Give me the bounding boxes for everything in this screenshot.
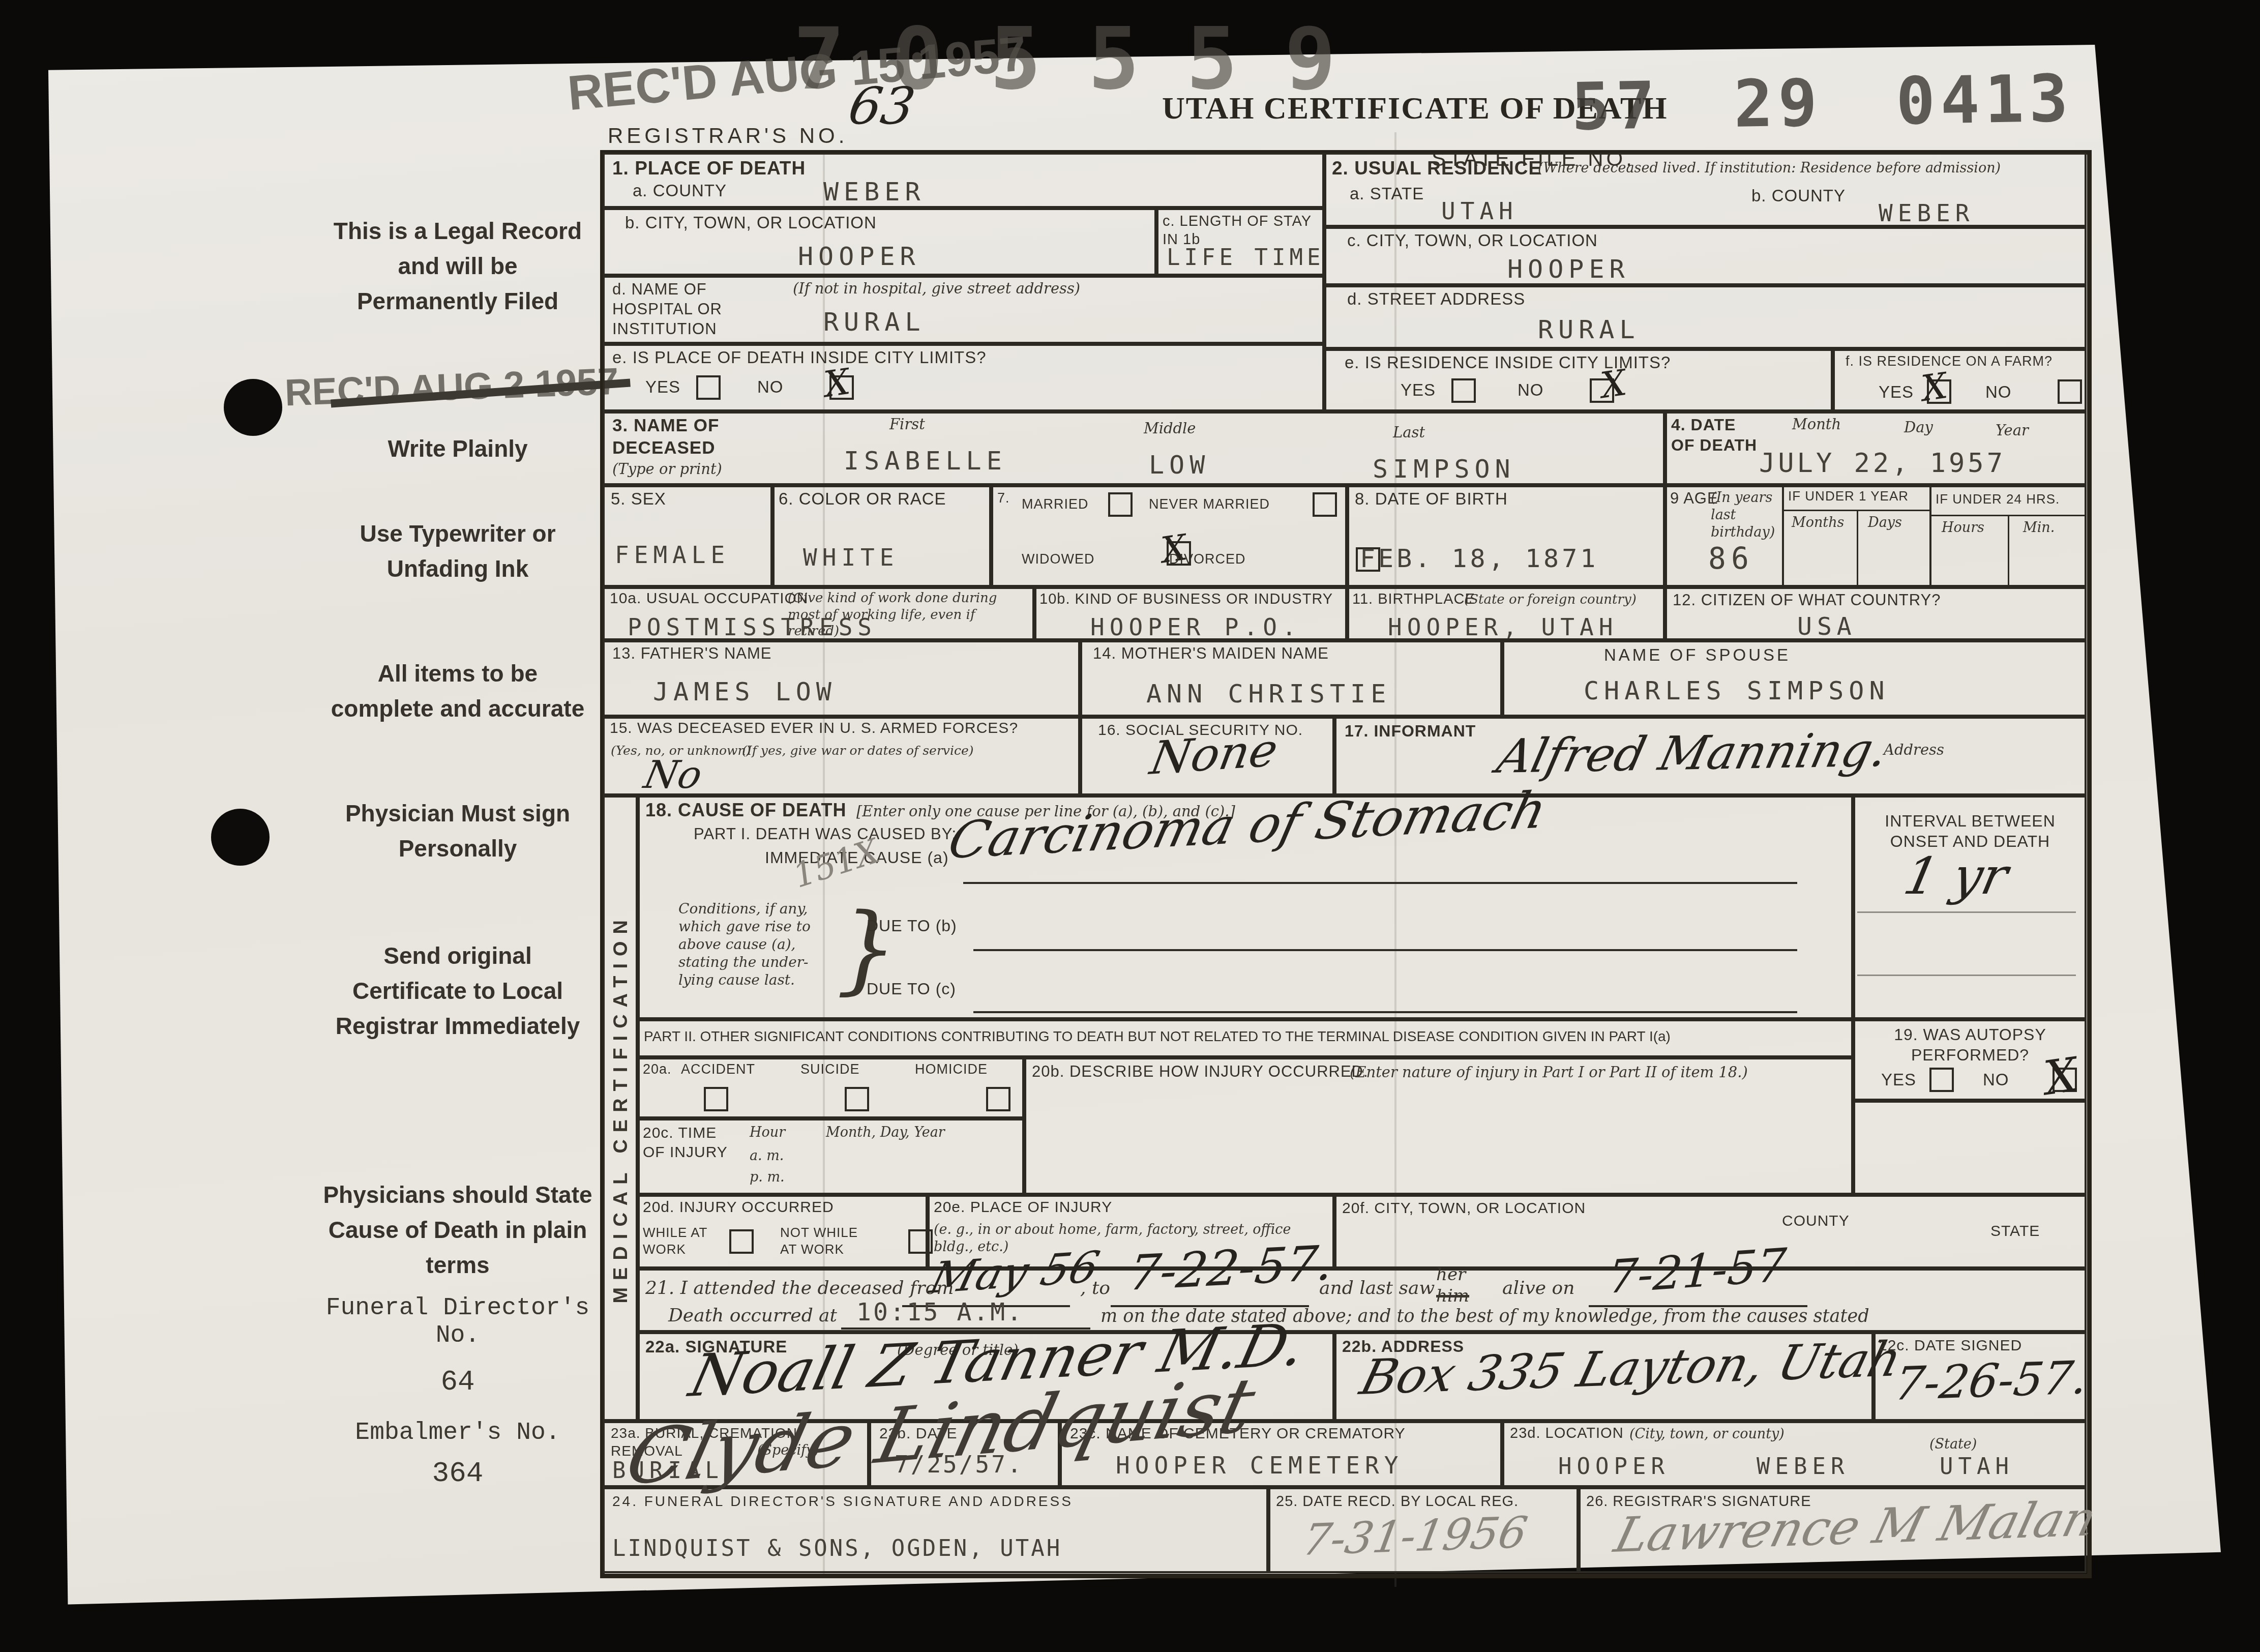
field-usual-residence-state-county: 2. USUAL RESIDENCE (Where deceased lived… [1322, 153, 2087, 229]
immediate-cause-value: Carcinoma of Stomach [943, 780, 1553, 870]
last-name-label: Last [1393, 424, 1425, 441]
sex-label: 5. SEX [611, 489, 666, 509]
field-usual-occupation: 10a. USUAL OCCUPATION (Give kind of work… [603, 585, 1036, 642]
hours-label: Hours [1942, 520, 1984, 536]
field-part2-conditions: PART II. OTHER SIGNIFICANT CONDITIONS CO… [636, 1017, 1855, 1059]
field-fathers-name: 13. FATHER'S NAME JAMES LOW [603, 638, 1082, 719]
county-label: a. COUNTY [633, 181, 727, 200]
spouse-label: NAME OF SPOUSE [1604, 645, 1791, 665]
field-length-of-stay: c. LENGTH OF STAY IN 1b LIFE TIME [1154, 206, 1326, 278]
name-title: 3. NAME OF DECEASED [612, 415, 755, 459]
describe-injury-note: (Enter nature of injury in Part I or Par… [1350, 1064, 1748, 1081]
months-label: Months [1792, 515, 1844, 530]
field-residence-on-farm: f. IS RESIDENCE ON A FARM? YES X NO [1831, 347, 2087, 414]
day-label: Day [1904, 419, 1933, 436]
sex-value: FEMALE [615, 541, 730, 569]
middle-name-label: Middle [1144, 420, 1196, 437]
checkbox-farm-no [2058, 379, 2082, 404]
first-name-label: First [889, 416, 925, 433]
checkbox-accident [704, 1087, 728, 1111]
under-24-hrs-box: IF UNDER 24 HRS. Hours Min. [1929, 485, 2087, 587]
married-label: MARRIED [1022, 496, 1089, 512]
field-date-of-birth: 8. DATE OF BIRTH FEB. 18, 1871 [1345, 483, 1667, 589]
no-label: NO [1985, 382, 2012, 402]
date-received-value: 7-31-1956 [1299, 1508, 1531, 1566]
race-label: 6. COLOR OR RACE [779, 489, 946, 509]
margin-note-physician-sign: Physician Must sign Personally [325, 796, 590, 866]
part1-label: PART I. DEATH WAS CAUSED BY: [694, 825, 957, 843]
field-physician-address: 22b. ADDRESS Box 335 Layton, Utah [1332, 1330, 1876, 1423]
fathers-name-value: JAMES LOW [653, 677, 837, 706]
checkbox-never-married [1313, 492, 1337, 517]
informant-address-label: Address [1884, 741, 1944, 758]
field-describe-injury: 20b. DESCRIBE HOW INJURY OCCURRED. (Ente… [1022, 1055, 1855, 1197]
residence-county-value: WEBER [1879, 199, 1974, 227]
homicide-label: HOMICIDE [915, 1061, 988, 1077]
no-label: NO [757, 377, 784, 397]
field-birthplace: 11. BIRTHPLACE (State or foreign country… [1345, 585, 1667, 642]
interval-line [1857, 975, 2076, 976]
informant-label: 17. INFORMANT [1345, 722, 1476, 741]
field-residence-inside-city-limits: e. IS RESIDENCE INSIDE CITY LIMITS? YES … [1322, 347, 1835, 414]
mothers-name-value: ANN CHRISTIE [1146, 679, 1391, 709]
checkbox-while-at-work [729, 1229, 754, 1254]
yes-label: YES [1881, 1070, 1916, 1089]
hour-label: Hour [750, 1125, 785, 1140]
under-1-year-box: IF UNDER 1 YEAR Months Days [1782, 485, 1931, 587]
suicide-label: SUICIDE [800, 1061, 860, 1077]
mothers-name-label: 14. MOTHER'S MAIDEN NAME [1093, 644, 1329, 663]
funeral-director-no-value: 64 [305, 1366, 610, 1398]
field-cemetery-location: 23d. LOCATION (City, town, or county) (S… [1500, 1419, 2087, 1489]
no-label: NO [1983, 1070, 2009, 1089]
divorced-label: DIVORCED [1169, 551, 1246, 567]
cemetery-county-value: WEBER [1757, 1454, 1849, 1480]
occupation-label: 10a. USUAL OCCUPATION [610, 590, 809, 607]
residence-state-label: a. STATE [1350, 184, 1424, 203]
margin-note-legal-record: This is a Legal Record and will be Perma… [325, 214, 590, 319]
place-city-limits-label: e. IS PLACE OF DEATH INSIDE CITY LIMITS? [612, 348, 987, 367]
date-of-death-value: JULY 22, 1957 [1759, 448, 2006, 479]
field-cause-of-death: 18. CAUSE OF DEATH [Enter only one cause… [636, 793, 1855, 1021]
punch-hole [224, 379, 282, 436]
field-name-of-deceased: 3. NAME OF DECEASED (Type or print) Firs… [603, 409, 1667, 487]
due-to-b-label: DUE TO (b) [867, 917, 957, 935]
checkbox-farm-yes: X [1927, 379, 1951, 404]
field-registrar-signature: 26. REGISTRAR'S SIGNATURE Lawrence M Mal… [1577, 1485, 2087, 1573]
injury-city-label: 20f. CITY, TOWN, OR LOCATION [1342, 1200, 1586, 1217]
cause-of-death-title: 18. CAUSE OF DEATH [645, 800, 846, 821]
checkbox-residence-no: X [1590, 378, 1614, 403]
attended-text-2: , to [1080, 1278, 1110, 1299]
yes-label: YES [645, 377, 680, 397]
birthplace-label: 11. BIRTHPLACE [1352, 591, 1475, 608]
usual-residence-title: 2. USUAL RESIDENCE [1332, 158, 1541, 179]
checkbox-homicide [986, 1087, 1010, 1111]
widowed-label: WIDOWED [1022, 551, 1094, 567]
name-note: (Type or print) [612, 460, 722, 478]
x-mark-icon: X [822, 361, 853, 405]
occupation-value: POSTMISSTRESS [628, 613, 877, 641]
interval-label: INTERVAL BETWEEN ONSET AND DEATH [1866, 811, 2074, 851]
hospital-value: RURAL [823, 307, 926, 337]
month-label: Month [1792, 416, 1841, 433]
min-label: Min. [2023, 520, 2055, 536]
date-signed-label: 22c. DATE SIGNED [1879, 1337, 2022, 1354]
under-1-year-label: IF UNDER 1 YEAR [1788, 488, 1909, 504]
field-date-of-death: 4. DATE OF DEATH Month Day Year JULY 22,… [1663, 409, 2087, 487]
interval-value: 1 yr [1899, 846, 2013, 906]
under-24-hrs-label: IF UNDER 24 HRS. [1936, 491, 2060, 507]
pm-label: p. m. [750, 1169, 785, 1185]
blank-line [973, 949, 1797, 951]
business-label: 10b. KIND OF BUSINESS OR INDUSTRY [1039, 591, 1333, 608]
margin-note-write-plainly: Write Plainly [325, 431, 590, 466]
checkbox-autopsy-yes [1929, 1068, 1954, 1092]
age-value: 86 [1708, 541, 1754, 576]
funeral-director-no-label: Funeral Director's No. [305, 1294, 610, 1349]
cemetery-city-value: HOOPER [1558, 1454, 1670, 1480]
business-value: HOOPER P.O. [1090, 613, 1301, 641]
cemetery-state-value: UTAH [1940, 1454, 2014, 1480]
field-interval-onset-death: INTERVAL BETWEEN ONSET AND DEATH 1 yr [1851, 793, 2087, 1021]
field-injury-occurred: 20d. INJURY OCCURRED WHILE AT WORK NOT W… [636, 1193, 930, 1271]
no-label: NO [1518, 380, 1544, 400]
not-while-at-work-label: NOT WHILE AT WORK [780, 1224, 872, 1257]
conditions-note: Conditions, if any, which gave rise to a… [678, 900, 831, 989]
fathers-name-label: 13. FATHER'S NAME [612, 644, 771, 663]
medical-certification-label: MEDICAL CERTIFICATION [610, 913, 632, 1304]
scanned-death-certificate: REC'D AUG 15 1957 705559 REGISTRAR'S NO.… [0, 0, 2260, 1652]
part2-label: PART II. OTHER SIGNIFICANT CONDITIONS CO… [644, 1028, 1671, 1045]
residence-state-value: UTAH [1441, 197, 1518, 225]
place-city-label: b. CITY, TOWN, OR LOCATION [625, 213, 877, 232]
him-struck: him [1436, 1286, 1469, 1306]
residence-county-label: b. COUNTY [1751, 186, 1846, 205]
divider [2008, 515, 2009, 587]
injury-state-label: STATE [1990, 1223, 2040, 1240]
month-day-year-label: Month, Day, Year [826, 1125, 945, 1140]
time-of-injury-label: 20c. TIME OF INJURY [643, 1124, 739, 1162]
field-date-received: 25. DATE RECD. BY LOCAL REG. 7-31-1956 [1266, 1485, 1581, 1573]
attended-text-4: alive on [1502, 1278, 1574, 1299]
age-note: (In years last birthday) [1711, 489, 1787, 541]
attended-text-1: 21. I attended the deceased from [645, 1278, 954, 1299]
field-hospital-name: d. NAME OF HOSPITAL OR INSTITUTION (If n… [603, 274, 1326, 346]
field-residence-city: c. CITY, TOWN, OR LOCATION HOOPER [1322, 225, 2087, 287]
length-of-stay-value: LIFE TIME [1167, 245, 1324, 271]
residence-street-value: RURAL [1538, 315, 1640, 344]
residence-city-label: c. CITY, TOWN, OR LOCATION [1347, 231, 1598, 250]
due-to-c-label: DUE TO (c) [867, 980, 956, 998]
yes-label: YES [1401, 380, 1436, 400]
birthplace-note: (State or foreign country) [1464, 592, 1637, 607]
blank-line [973, 1011, 1797, 1013]
middle-name-value: LOW [1149, 450, 1210, 480]
field-marital-status: 7. MARRIED NEVER MARRIED WIDOWED X DIVOR… [989, 483, 1349, 589]
cemetery-location-label: 23d. LOCATION [1510, 1425, 1624, 1442]
empty-cell [1851, 1099, 2087, 1197]
field-mothers-maiden-name: 14. MOTHER'S MAIDEN NAME ANN CHRISTIE [1078, 638, 1504, 719]
race-value: WHITE [803, 544, 899, 571]
date-of-birth-label: 8. DATE OF BIRTH [1355, 489, 1508, 509]
field-social-security: 16. SOCIAL SECURITY NO. None [1078, 715, 1336, 798]
date-of-death-label: 4. DATE OF DEATH [1671, 415, 1758, 455]
first-name-value: ISABELLE [844, 446, 1007, 476]
armed-forces-value: No [640, 752, 706, 797]
residence-street-label: d. STREET ADDRESS [1347, 289, 1525, 309]
checkbox-place-yes [696, 375, 721, 400]
place-of-injury-label: 20e. PLACE OF INJURY [934, 1199, 1112, 1216]
never-married-label: NEVER MARRIED [1149, 496, 1270, 512]
margin-note-typewriter: Use Typewriter or Unfading Ink [315, 516, 600, 586]
checkbox-residence-yes [1451, 378, 1476, 403]
field-place-city: b. CITY, TOWN, OR LOCATION HOOPER [603, 206, 1158, 278]
birthplace-value: HOOPER, UTAH [1388, 613, 1618, 641]
while-at-work-label: WHILE AT WORK [643, 1224, 724, 1257]
county-value: WEBER [823, 177, 926, 206]
field-time-of-injury: 20c. TIME OF INJURY Hour a. m. p. m. Mon… [636, 1116, 1026, 1197]
armed-forces-note2: (If yes, give war or dates of service) [742, 743, 974, 758]
margin-note-plain-terms: Physicians should State Cause of Death i… [300, 1177, 615, 1283]
medical-certification-strip: MEDICAL CERTIFICATION [603, 793, 640, 1423]
interval-line [1857, 911, 2076, 913]
embalmer-no-value: 364 [305, 1457, 610, 1490]
field-name-of-spouse: NAME OF SPOUSE CHARLES SIMPSON [1500, 638, 2087, 719]
field-residence-street: d. STREET ADDRESS RURAL [1322, 283, 2087, 351]
place-of-death-title: 1. PLACE OF DEATH [612, 158, 806, 179]
field-armed-forces: 15. WAS DECEASED EVER IN U. S. ARMED FOR… [603, 715, 1082, 798]
field-sex: 5. SEX FEMALE [603, 483, 775, 589]
hospital-note: (If not in hospital, give street address… [793, 280, 1080, 297]
cemetery-location-note: (City, town, or county) [1629, 1426, 1785, 1442]
field-business-industry: 10b. KIND OF BUSINESS OR INDUSTRY HOOPER… [1032, 585, 1349, 642]
checkbox-suicide [845, 1087, 869, 1111]
punch-hole [211, 809, 270, 866]
last-name-value: SIMPSON [1373, 454, 1515, 484]
divider [1857, 510, 1858, 587]
date-signed-value: 7-26-57. [1891, 1351, 2091, 1411]
blank-line [963, 882, 1797, 884]
field-date-signed: 22c. DATE SIGNED 7-26-57. [1871, 1330, 2087, 1423]
death-occurred-text: Death occurred at [668, 1305, 837, 1326]
am-label: a. m. [750, 1148, 784, 1164]
autopsy-label: 19. WAS AUTOPSY PERFORMED? [1871, 1024, 2069, 1065]
residence-farm-label: f. IS RESIDENCE ON A FARM? [1846, 353, 2079, 370]
place-city-value: HOOPER [798, 242, 920, 271]
days-label: Days [1868, 515, 1902, 530]
ssn-value: None [1146, 723, 1282, 785]
spouse-value: CHARLES SIMPSON [1584, 676, 1890, 705]
date-received-label: 25. DATE RECD. BY LOCAL REG. [1276, 1493, 1519, 1510]
year-label: Year [1996, 422, 2029, 439]
checkbox-autopsy-no: X [2053, 1068, 2077, 1092]
funeral-director-typed: LINDQUIST & SONS, OGDEN, UTAH [612, 1536, 1062, 1561]
margin-note-send-original: Send original Certificate to Local Regis… [325, 938, 590, 1044]
injury-county-label: COUNTY [1782, 1213, 1850, 1230]
attended-to-value: 7-22-57. [1126, 1235, 1336, 1302]
checkbox-married [1108, 492, 1133, 517]
field-attended-statement: 21. I attended the deceased from May 56 … [636, 1266, 2087, 1334]
item-20a-number: 20a. [643, 1061, 672, 1077]
her-typed: her [1436, 1264, 1466, 1285]
field-autopsy: 19. WAS AUTOPSY PERFORMED? YES NO X [1851, 1017, 2087, 1103]
residence-city-value: HOOPER [1507, 254, 1630, 284]
citizen-value: USA [1797, 612, 1857, 641]
attended-text-3: and last saw [1319, 1278, 1435, 1299]
x-mark-icon: X [1919, 365, 1950, 409]
usual-residence-note: (Where deceased lived. If institution: R… [1538, 160, 2077, 177]
field-age: 9 AGE (In years last birthday) 86 IF UND… [1663, 483, 2087, 589]
length-of-stay-label: c. LENGTH OF STAY IN 1b [1163, 212, 1315, 249]
field-accident-suicide-homicide: 20a. ACCIDENT SUICIDE HOMICIDE [636, 1055, 1026, 1120]
citizen-label: 12. CITIZEN OF WHAT COUNTRY? [1673, 591, 1941, 609]
margin-note-complete: All items to be complete and accurate [325, 656, 590, 726]
field-funeral-director: 24. FUNERAL DIRECTOR'S SIGNATURE AND ADD… [603, 1485, 1270, 1573]
cemetery-state-note: (State) [1929, 1436, 1977, 1452]
embalmer-no-label: Embalmer's No. [305, 1419, 610, 1447]
yes-label: YES [1879, 382, 1914, 402]
x-mark-icon: X [2041, 1047, 2081, 1106]
describe-injury-label: 20b. DESCRIBE HOW INJURY OCCURRED. [1032, 1063, 1369, 1081]
registrar-no-value: 63 [844, 76, 919, 136]
injury-occurred-label: 20d. INJURY OCCURRED [643, 1199, 834, 1216]
field-citizen: 12. CITIZEN OF WHAT COUNTRY? USA [1663, 585, 2087, 642]
death-time-value: 10:15 A.M. [856, 1298, 1024, 1326]
registrar-no-label: REGISTRAR'S NO. [608, 124, 848, 148]
field-place-of-death-county: 1. PLACE OF DEATH a. COUNTY WEBER [603, 153, 1326, 210]
field-place-inside-city-limits: e. IS PLACE OF DEATH INSIDE CITY LIMITS?… [603, 342, 1326, 414]
state-file-number-stamp: 57 29 0413 [1571, 61, 2074, 145]
armed-forces-label: 15. WAS DECEASED EVER IN U. S. ARMED FOR… [610, 720, 1018, 737]
field-color-or-race: 6. COLOR OR RACE WHITE [770, 483, 993, 589]
checkbox-place-no: X [829, 375, 854, 400]
hospital-label: d. NAME OF HOSPITAL OR INSTITUTION [612, 280, 780, 339]
informant-value: Alfred Manning. [1492, 723, 1893, 784]
date-of-birth-value: FEB. 18, 1871 [1360, 544, 1598, 573]
accident-label: ACCIDENT [681, 1061, 755, 1077]
